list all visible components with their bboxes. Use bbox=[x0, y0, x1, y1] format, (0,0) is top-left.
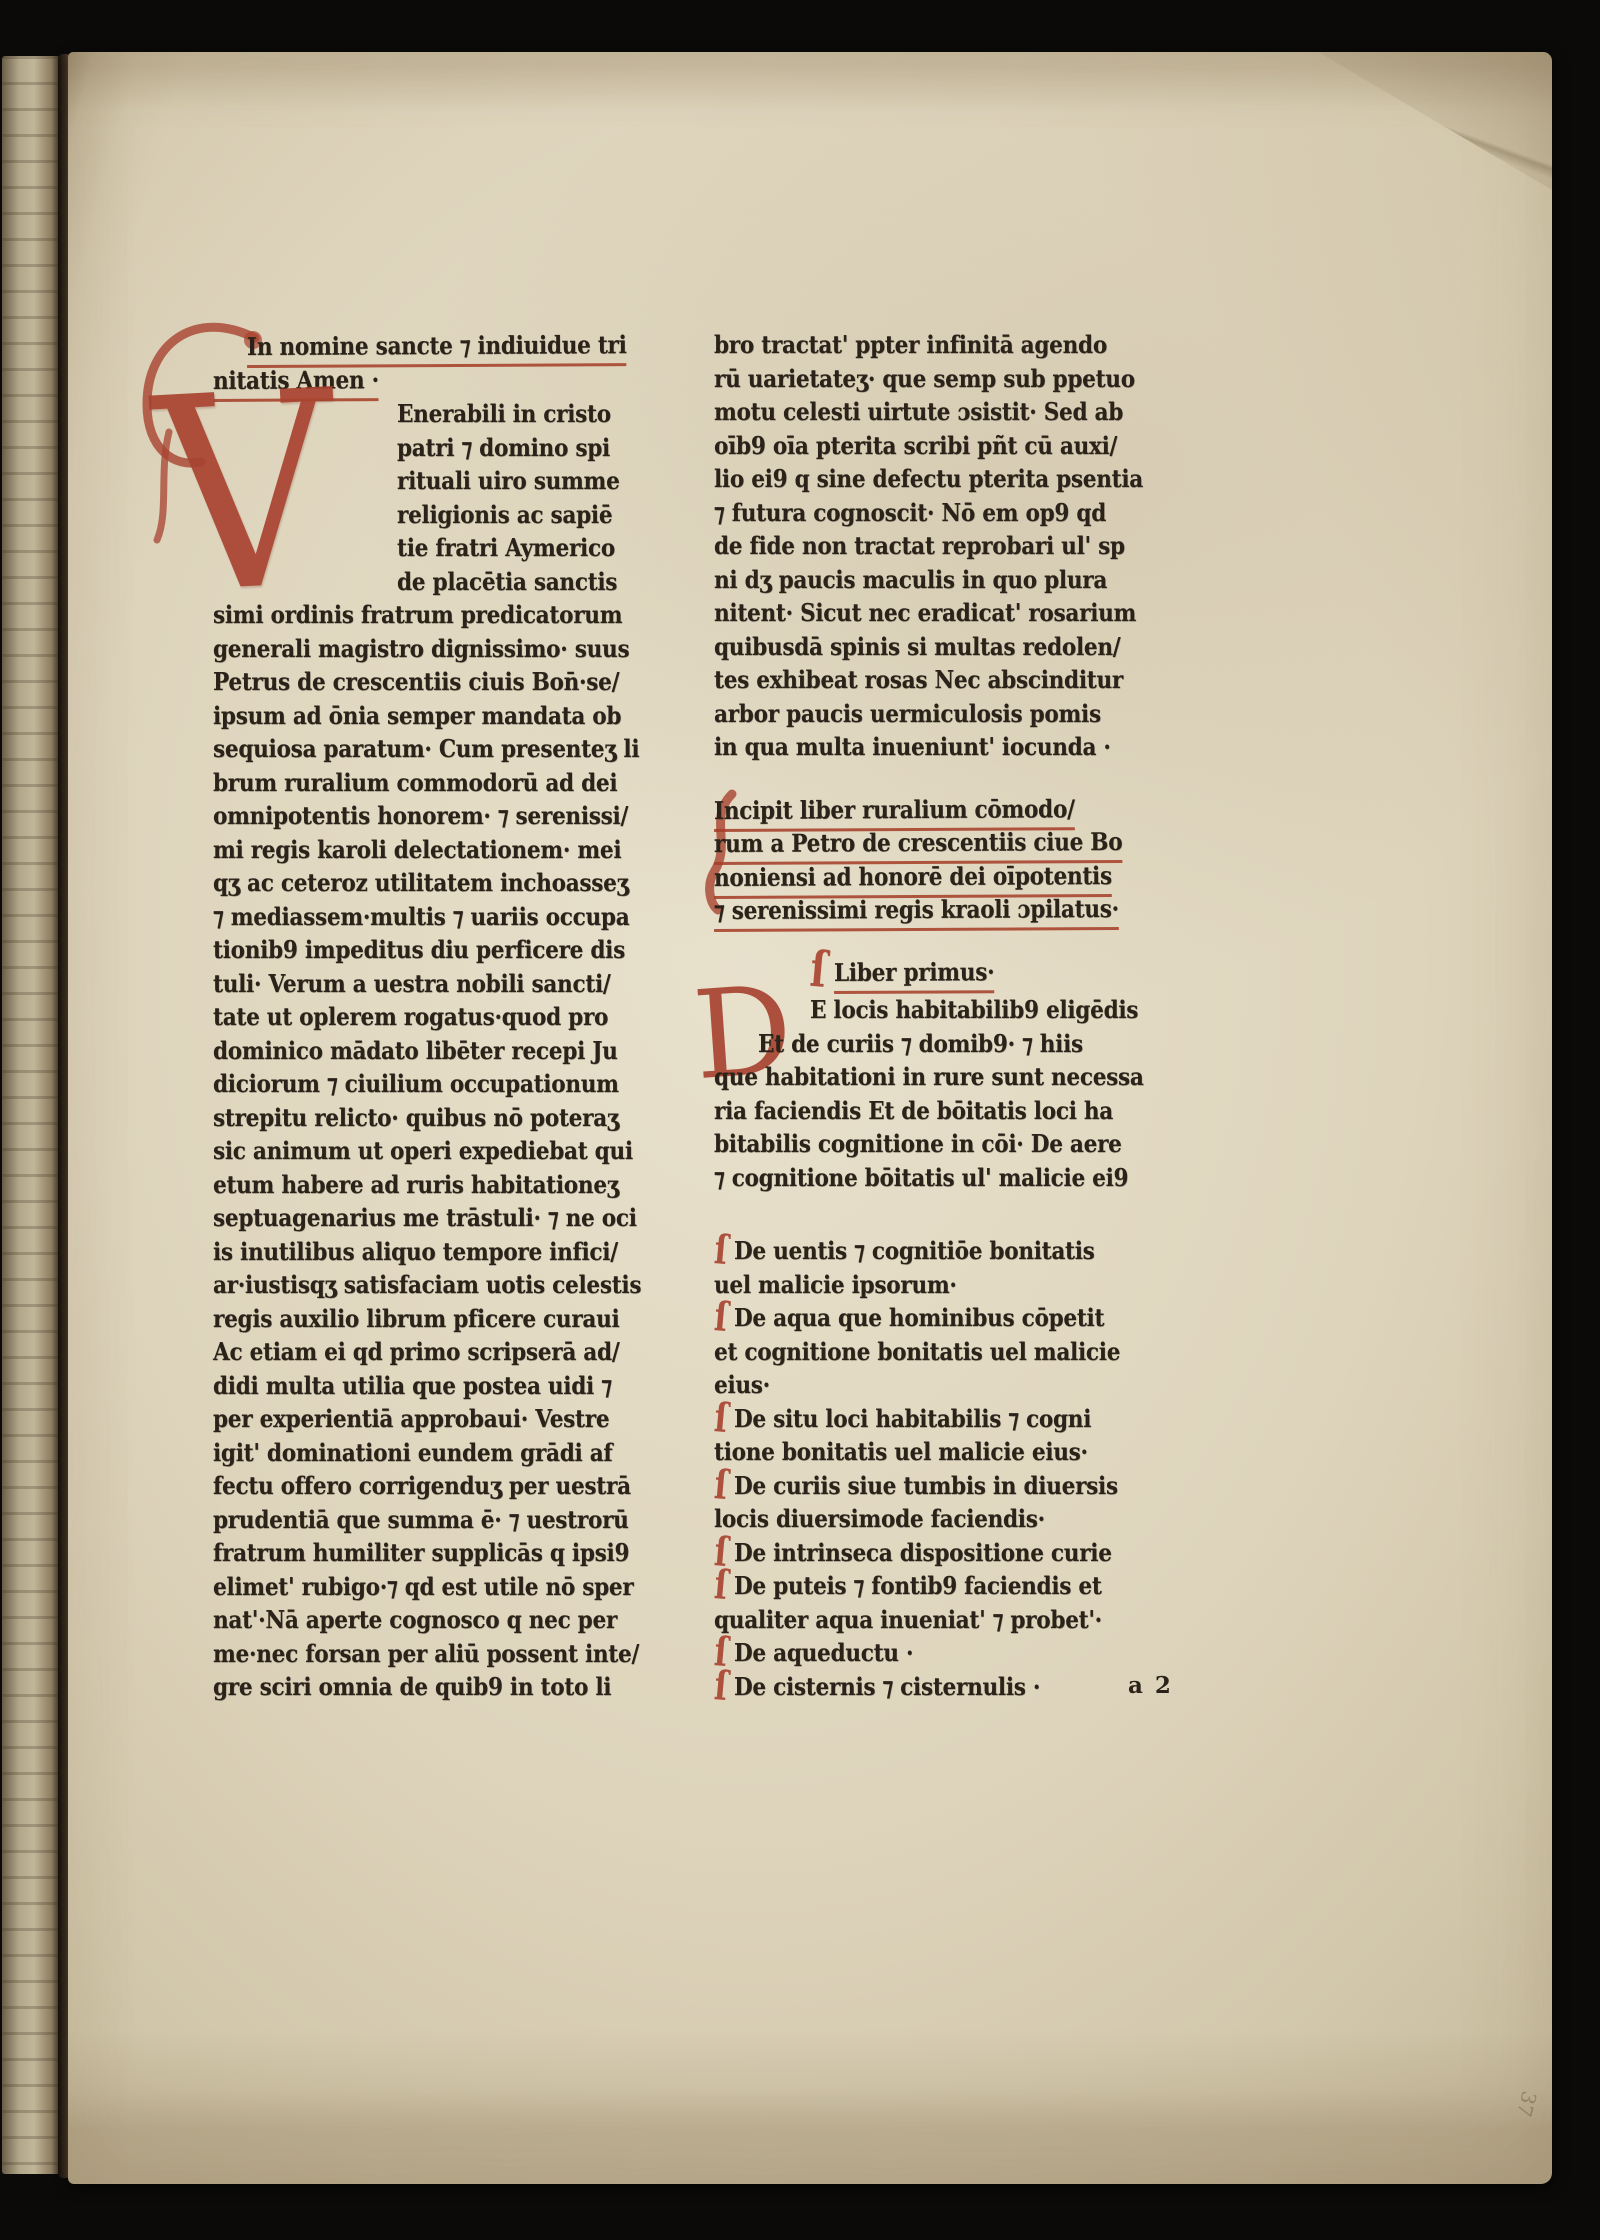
rubric-mark-icon: ſ bbox=[713, 1398, 736, 1440]
line-text: uel malicie ipsorum· bbox=[714, 1268, 957, 1302]
chapter-item-line: ſDe aqua que hominibus cōpetit bbox=[714, 1301, 1144, 1335]
text-line: me·nec forsan per aliū possent inte/ bbox=[213, 1637, 633, 1671]
line-text: tes exhibeat rosas Nec abscinditur bbox=[714, 663, 1123, 697]
text-line: rū uarietateʒ· que semp sub ppetuo bbox=[714, 362, 1144, 396]
line-text: ar·iustisqʒ satisfaciam uotis celestis bbox=[213, 1268, 641, 1302]
text-line: in qua multa inueniunt' iocunda · bbox=[714, 730, 1144, 764]
chapter-item-line: ſDe situ loci habitabilis ⁊ cogni bbox=[714, 1402, 1144, 1436]
line-text: De situ loci habitabilis ⁊ cogni bbox=[734, 1402, 1091, 1436]
text-line: mi regis karoli delectationem· mei bbox=[213, 833, 633, 867]
text-line: motu celesti uirtute ɔsistit· Sed ab bbox=[714, 395, 1144, 429]
line-text: septuagenarius me trāstuli· ⁊ ne oci bbox=[213, 1201, 637, 1235]
line-text: De cisternis ⁊ cisternulis · bbox=[734, 1670, 1040, 1704]
chapter-item-line: uel malicie ipsorum· bbox=[714, 1268, 1144, 1302]
line-text: de placētia sanctis bbox=[397, 565, 617, 599]
text-line: arbor paucis uermiculosis pomis bbox=[714, 697, 1144, 731]
line-text: religionis ac sapiē bbox=[397, 498, 612, 532]
rubric-mark-icon: ſ bbox=[713, 1465, 736, 1507]
chapter-intro-block: D E locis habitabilib9 eligēdisEt de cur… bbox=[714, 993, 1144, 1194]
line-text: ⁊ serenissimi regis kraoli ɔpilatus· bbox=[714, 892, 1119, 932]
text-line: brum ruralium commodorū ad dei bbox=[213, 766, 633, 800]
line-text: tuli· Verum a uestra nobili sancti/ bbox=[213, 967, 611, 1001]
text-line: Petrus de crescentiis ciuis Bon̄·se/ bbox=[213, 665, 633, 699]
line-text: simi ordinis fratrum predicatorum bbox=[213, 598, 622, 632]
line-text: De aqua que hominibus cōpetit bbox=[734, 1301, 1104, 1335]
text-line: tuli· Verum a uestra nobili sancti/ bbox=[213, 967, 633, 1001]
book-block-edge bbox=[2, 56, 60, 2174]
line-text: bro tractat' ppter infinitā agendo bbox=[714, 328, 1107, 362]
line-text: rituali uiro summe bbox=[397, 464, 620, 498]
line-text: didi multa utilia que postea uidi ⁊ bbox=[213, 1369, 612, 1403]
book-page: In nomine sancte ⁊ indiuidue tri nitatis… bbox=[68, 52, 1552, 2184]
rubric-mark-icon: ſ bbox=[713, 1566, 736, 1608]
line-text: sequiosa paratum· Cum presenteʒ li bbox=[213, 732, 639, 766]
text-line: ni dʒ paucis maculis in quo plura bbox=[714, 563, 1144, 597]
line-text: De intrinseca dispositione curie bbox=[734, 1536, 1112, 1570]
line-text: dominico mādato libēter recepi Ju bbox=[213, 1034, 618, 1068]
chapter-intro-line: bitabilis cognitione in cōi· De aere bbox=[714, 1127, 1144, 1161]
line-text: Enerabili in cristo bbox=[397, 397, 611, 431]
text-line: simi ordinis fratrum predicatorum bbox=[213, 598, 633, 632]
text-line: tate ut oplerem rogatus·quod pro bbox=[213, 1000, 633, 1034]
line-text: omnipotentis honorem· ⁊ serenissi/ bbox=[213, 799, 628, 833]
line-text: De curiis siue tumbis in diuersis bbox=[734, 1469, 1118, 1503]
line-text: ria faciendis Et de bōitatis loci ha bbox=[714, 1094, 1113, 1128]
line-text: fratrum humiliter supplicās q ipsi9 bbox=[213, 1536, 629, 1570]
text-line: gre sciri omnia de quib9 in toto li bbox=[213, 1670, 633, 1704]
line-text: De uentis ⁊ cognitiōe bonitatis bbox=[734, 1234, 1095, 1268]
text-line: lio ei9 q sine defectu pterita psentia bbox=[714, 462, 1144, 496]
text-line: de fide non tractat reprobari ul' sp bbox=[714, 529, 1144, 563]
text-line: tes exhibeat rosas Nec abscinditur bbox=[714, 663, 1144, 697]
line-text: et cognitione bonitatis uel malicie bbox=[714, 1335, 1120, 1369]
line-text: nat'·Nā aperte cognosco q nec per bbox=[213, 1603, 617, 1637]
line-text: tionib9 impeditus diu perficere dis bbox=[213, 933, 625, 967]
corner-pencil-mark: 37 bbox=[1512, 2089, 1542, 2120]
chapter-item-line: ſDe curiis siue tumbis in diuersis bbox=[714, 1469, 1144, 1503]
line-text: quibusdā spinis si multas redolen/ bbox=[714, 630, 1120, 664]
line-text: diciorum ⁊ ciuilium occupationum bbox=[213, 1067, 619, 1101]
line-text: per experientiā approbaui· Vestre bbox=[213, 1402, 609, 1436]
chapter-item-line: tione bonitatis uel malicie eius· bbox=[714, 1435, 1144, 1469]
line-text: etum habere ad ruris habitationeʒ bbox=[213, 1168, 619, 1202]
chapter-item-line: qualiter aqua inueniat' ⁊ probet'· bbox=[714, 1603, 1144, 1637]
line-text: tate ut oplerem rogatus·quod pro bbox=[213, 1000, 608, 1034]
line-text: patri ⁊ domino spi bbox=[397, 431, 610, 465]
text-line: qʒ ac ceteroz utilitatem inchoasseʒ bbox=[213, 866, 633, 900]
text-line: elimet' rubigo·⁊ qd est utile nō sper bbox=[213, 1570, 633, 1604]
text-line: per experientiā approbaui· Vestre bbox=[213, 1402, 633, 1436]
line-text: ⁊ cognitione bōitatis ul' malicie ei9 bbox=[714, 1161, 1128, 1195]
chapter-item-line: ſDe aqueductu · bbox=[714, 1636, 1144, 1670]
line-text: rū uarietateʒ· que semp sub ppetuo bbox=[714, 362, 1135, 396]
rubric-mark-icon: ſ bbox=[713, 1298, 736, 1340]
incipit-block: Incipit liber ruralium cōmodo/rum a Petr… bbox=[714, 794, 1144, 928]
line-text: mi regis karoli delectationem· mei bbox=[213, 833, 621, 867]
text-line: septuagenarius me trāstuli· ⁊ ne oci bbox=[213, 1201, 633, 1235]
text-line: etum habere ad ruris habitationeʒ bbox=[213, 1168, 633, 1202]
initial-v-icon: V bbox=[151, 378, 341, 612]
chapter-item-line: eius· bbox=[714, 1368, 1144, 1402]
text-line: generali magistro dignissimo· suus bbox=[213, 632, 633, 666]
line-text: prudentiā que summa ē· ⁊ uestrorū bbox=[213, 1503, 629, 1537]
text-line: Ac etiam ei qd primo scripserā ad/ bbox=[213, 1335, 633, 1369]
photo-background: { "colors":{ "photo_background":"#0b0a09… bbox=[0, 0, 1600, 2240]
line-text: oīb9 oīa pterita scribi pñt cū auxi/ bbox=[714, 429, 1117, 463]
text-line: omnipotentis honorem· ⁊ serenissi/ bbox=[213, 799, 633, 833]
text-line: fratrum humiliter supplicās q ipsi9 bbox=[213, 1536, 633, 1570]
rubric-mark-icon: ſ bbox=[713, 1231, 736, 1273]
line-text: de fide non tractat reprobari ul' sp bbox=[714, 529, 1125, 563]
chapter-item-line: locis diuersimode faciendis· bbox=[714, 1502, 1144, 1536]
text-line: didi multa utilia que postea uidi ⁊ bbox=[213, 1369, 633, 1403]
chapter-intro-line: Et de curiis ⁊ domib9· ⁊ hiis bbox=[714, 1027, 1144, 1061]
chapter-intro-line: que habitationi in rure sunt necessa bbox=[714, 1060, 1144, 1094]
line-text: que habitationi in rure sunt necessa bbox=[714, 1060, 1144, 1094]
line-text: in qua multa inueniunt' iocunda · bbox=[714, 730, 1111, 764]
text-line: is inutilibus aliquo tempore infici/ bbox=[213, 1235, 633, 1269]
text-line: nitent· Sicut nec eradicat' rosarium bbox=[714, 596, 1144, 630]
text-line: igit' dominationi eundem grādi af bbox=[213, 1436, 633, 1470]
text-line: ar·iustisqʒ satisfaciam uotis celestis bbox=[213, 1268, 633, 1302]
text-line: regis auxilio librum pficere curaui bbox=[213, 1302, 633, 1336]
text-line: oīb9 oīa pterita scribi pñt cū auxi/ bbox=[714, 429, 1144, 463]
line-text: bitabilis cognitione in cōi· De aere bbox=[714, 1127, 1122, 1161]
text-line: dominico mādato libēter recepi Ju bbox=[213, 1034, 633, 1068]
text-line: sequiosa paratum· Cum presenteʒ li bbox=[213, 732, 633, 766]
text-line: fectu offero corrigenduʒ per uestrā bbox=[213, 1469, 633, 1503]
text-line: bro tractat' ppter infinitā agendo bbox=[714, 328, 1144, 362]
line-text: Et de curiis ⁊ domib9· ⁊ hiis bbox=[758, 1027, 1083, 1061]
line-text: Ac etiam ei qd primo scripserā ad/ bbox=[213, 1335, 619, 1369]
line-text: qʒ ac ceteroz utilitatem inchoasseʒ bbox=[213, 866, 629, 900]
chapter-item-line: ſDe cisternis ⁊ cisternulis · bbox=[714, 1670, 1144, 1704]
right-column: bro tractat' ppter infinitā agendorū uar… bbox=[714, 328, 1144, 1703]
text-line: strepitu relicto· quibus nō poteraʒ bbox=[213, 1101, 633, 1135]
chapter-item-line: ſDe uentis ⁊ cognitiōe bonitatis bbox=[714, 1234, 1144, 1268]
incipit-line: noniensi ad honorē dei oīpotentis bbox=[714, 861, 1144, 895]
line-text: elimet' rubigo·⁊ qd est utile nō sper bbox=[213, 1570, 633, 1604]
line-text: me·nec forsan per aliū possent inte/ bbox=[213, 1637, 639, 1671]
rubric-mark-icon: ſ bbox=[808, 944, 836, 995]
line-text: tione bonitatis uel malicie eius· bbox=[714, 1435, 1088, 1469]
line-text: is inutilibus aliquo tempore infici/ bbox=[213, 1235, 618, 1269]
chapter-item-line: ſDe puteis ⁊ fontib9 faciendis et bbox=[714, 1569, 1144, 1603]
chapter-list: ſDe uentis ⁊ cognitiōe bonitatisuel mali… bbox=[714, 1234, 1144, 1703]
liber-primus-text: Liber primus· bbox=[834, 955, 994, 993]
left-column-text: simi ordinis fratrum predicatorumgeneral… bbox=[213, 598, 633, 1704]
left-column: In nomine sancte ⁊ indiuidue tri nitatis… bbox=[213, 330, 633, 1704]
line-text: generali magistro dignissimo· suus bbox=[213, 632, 629, 666]
chapter-item-line: ſDe intrinseca dispositione curie bbox=[714, 1536, 1144, 1570]
chapter-intro-line: ⁊ cognitione bōitatis ul' malicie ei9 bbox=[714, 1161, 1144, 1195]
incipit-line: Incipit liber ruralium cōmodo/ bbox=[714, 794, 1144, 828]
line-text: nitent· Sicut nec eradicat' rosarium bbox=[714, 596, 1136, 630]
line-text: De puteis ⁊ fontib9 faciendis et bbox=[734, 1569, 1102, 1603]
line-text: motu celesti uirtute ɔsistit· Sed ab bbox=[714, 395, 1123, 429]
line-text: De aqueductu · bbox=[734, 1636, 913, 1670]
text-line: prudentiā que summa ē· ⁊ uestrorū bbox=[213, 1503, 633, 1537]
line-text: fectu offero corrigenduʒ per uestrā bbox=[213, 1469, 631, 1503]
text-line: sic animum ut operi expediebat qui bbox=[213, 1134, 633, 1168]
line-text: tie fratri Aymerico bbox=[397, 531, 615, 565]
line-text: qualiter aqua inueniat' ⁊ probet'· bbox=[714, 1603, 1102, 1637]
line-text: igit' dominationi eundem grādi af bbox=[213, 1436, 612, 1470]
chapter-item-line: et cognitione bonitatis uel malicie bbox=[714, 1335, 1144, 1369]
page-corner-crease bbox=[1292, 52, 1552, 202]
text-line: ⁊ futura cognoscit· Nō em op9 qd bbox=[714, 496, 1144, 530]
line-text: ⁊ mediassem·multis ⁊ uariis occupa bbox=[213, 900, 629, 934]
text-line: tionib9 impeditus diu perficere dis bbox=[213, 933, 633, 967]
right-column-text: bro tractat' ppter infinitā agendorū uar… bbox=[714, 328, 1144, 764]
line-text: lio ei9 q sine defectu pterita psentia bbox=[714, 462, 1143, 496]
text-line: ipsum ad ōnia semper mandata ob bbox=[213, 699, 633, 733]
line-text: arbor paucis uermiculosis pomis bbox=[714, 697, 1101, 731]
line-text: gre sciri omnia de quib9 in toto li bbox=[213, 1670, 611, 1704]
line-text: ipsum ad ōnia semper mandata ob bbox=[213, 699, 621, 733]
chapter-intro-line: ria faciendis Et de bōitatis loci ha bbox=[714, 1094, 1144, 1128]
text-line: quibusdā spinis si multas redolen/ bbox=[714, 630, 1144, 664]
line-text: locis diuersimode faciendis· bbox=[714, 1502, 1045, 1536]
rubric-mark-icon: ſ bbox=[713, 1666, 736, 1708]
incipit-line: ⁊ serenissimi regis kraoli ɔpilatus· bbox=[714, 894, 1144, 928]
line-text: ni dʒ paucis maculis in quo plura bbox=[714, 563, 1107, 597]
line-text: brum ruralium commodorū ad dei bbox=[213, 766, 617, 800]
quire-signature: a 2 bbox=[1128, 1672, 1173, 1699]
line-text: E locis habitabilib9 eligēdis bbox=[810, 993, 1138, 1027]
drop-cap-block: V Enerabili in cristopatri ⁊ domino spir… bbox=[213, 397, 633, 598]
line-text: regis auxilio librum pficere curaui bbox=[213, 1302, 619, 1336]
line-text: ⁊ futura cognoscit· Nō em op9 qd bbox=[714, 496, 1106, 530]
text-line: nat'·Nā aperte cognosco q nec per bbox=[213, 1603, 633, 1637]
text-line: diciorum ⁊ ciuilium occupationum bbox=[213, 1067, 633, 1101]
line-text: Petrus de crescentiis ciuis Bon̄·se/ bbox=[213, 665, 619, 699]
text-line: ⁊ mediassem·multis ⁊ uariis occupa bbox=[213, 900, 633, 934]
line-text: strepitu relicto· quibus nō poteraʒ bbox=[213, 1101, 619, 1135]
line-text: sic animum ut operi expediebat qui bbox=[213, 1134, 633, 1168]
incipit-line: rum a Petro de crescentiis ciue Bo bbox=[714, 827, 1144, 861]
